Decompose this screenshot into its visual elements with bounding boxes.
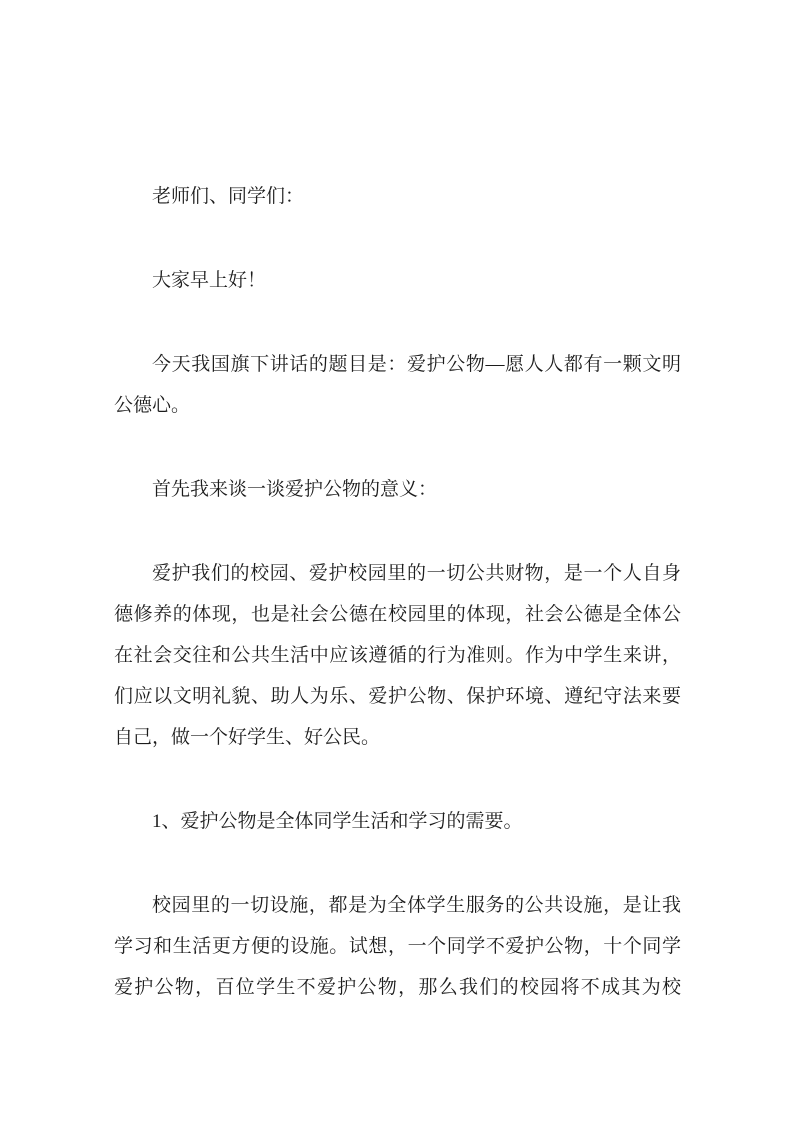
document-page: 老师们、同学们：大家早上好！今天我国旗下讲话的题目是：爱护公物—愿人人都有一颗文… <box>0 0 793 1122</box>
paragraph: 老师们、同学们： <box>114 176 681 217</box>
text-line: 1、爱护公物是全体同学生活和学习的需要。 <box>114 801 681 842</box>
paragraph: 大家早上好！ <box>114 260 681 301</box>
text-line: 首先我来谈一谈爱护公物的意义： <box>114 469 681 510</box>
text-line: 在社会交往和公共生活中应该遵循的行为准则。作为中学生来讲，我 <box>114 635 681 676</box>
text-line: 校园里的一切设施，都是为全体学生服务的公共设施，是让我们 <box>114 885 681 926</box>
text-line: 们应以文明礼貌、助人为乐、爱护公物、保护环境、遵纪守法来要求 <box>114 676 681 717</box>
text-line: 今天我国旗下讲话的题目是：爱护公物—愿人人都有一颗文明的 <box>114 344 681 385</box>
paragraph: 今天我国旗下讲话的题目是：爱护公物—愿人人都有一颗文明的公德心。 <box>114 344 681 426</box>
text-line: 自己，做一个好学生、好公民。 <box>114 717 681 758</box>
text-line: 学习和生活更方便的设施。试想，一个同学不爱护公物，十个同学 不 <box>114 926 681 967</box>
paragraph: 首先我来谈一谈爱护公物的意义： <box>114 469 681 510</box>
text-line: 老师们、同学们： <box>114 176 681 217</box>
text-line: 爱护公物，百位学生不爱护公物，那么我们的校园将不成其为校园， <box>114 967 681 1008</box>
text-line: 公德心。 <box>114 385 681 426</box>
document-body: 老师们、同学们：大家早上好！今天我国旗下讲话的题目是：爱护公物—愿人人都有一颗文… <box>114 176 681 1008</box>
paragraph: 爱护我们的校园、爱护校园里的一切公共财物，是一个人自身道德修养的体现，也是社会公… <box>114 553 681 758</box>
text-line: 爱护我们的校园、爱护校园里的一切公共财物，是一个人自身道 <box>114 553 681 594</box>
paragraph: 1、爱护公物是全体同学生活和学习的需要。 <box>114 801 681 842</box>
text-line: 德修养的体现，也是社会公德在校园里的体现，社会公德是全体公民 <box>114 594 681 635</box>
text-line: 大家早上好！ <box>114 260 681 301</box>
paragraph: 校园里的一切设施，都是为全体学生服务的公共设施，是让我们学习和生活更方便的设施。… <box>114 885 681 1008</box>
